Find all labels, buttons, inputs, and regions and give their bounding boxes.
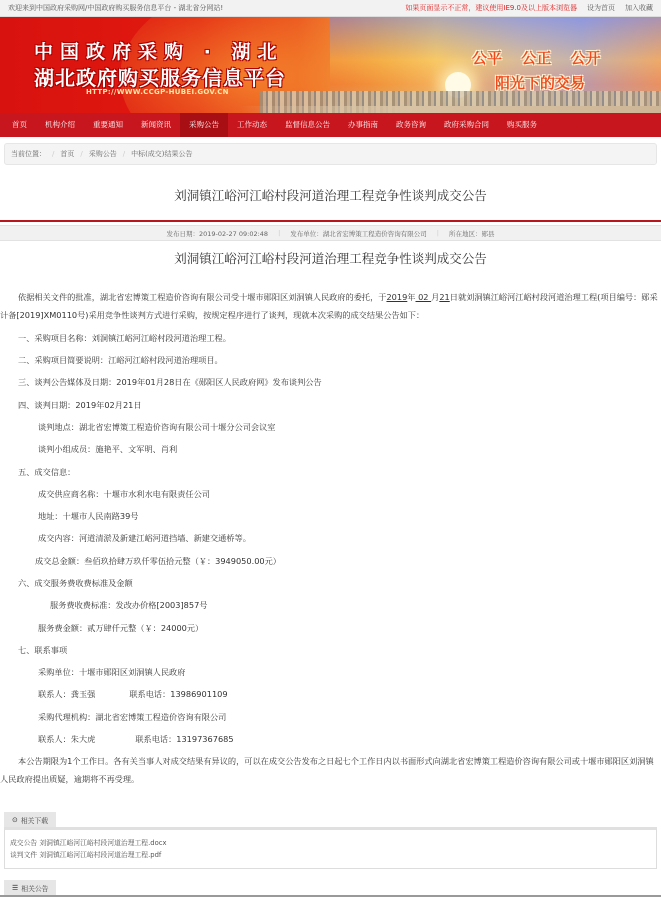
section-4: 四、谈判日期：2019年02月21日 [18,400,142,411]
add-favorite-link[interactable]: 加入收藏 [625,3,653,13]
downloads-tab[interactable]: ⊙ 相关下载 [4,812,56,828]
breadcrumb-label: 当前位置： [11,149,46,159]
related-notices-tab[interactable]: ☰ 相关公告 [4,880,56,896]
site-banner: 中国政府采购 · 湖北 湖北政府购买服务信息平台 HTTP://WWW.CCGP… [0,17,661,113]
intro-day: 21 [439,292,449,302]
intro-text: 依据相关文件的批准，湖北省宏博策工程造价咨询有限公司受十堰市郧阳区刘洞镇人民政府… [18,292,386,302]
buyer: 采购单位：十堰市郧阳区刘洞镇人民政府 [38,667,185,678]
buyer-contact-line: 联系人：龚玉强联系电话：13986901109 [38,689,228,700]
main-nav: 首页 机构介绍 重要通知 新闻资讯 采购公告 工作动态 监督信息公告 办事指南 … [0,113,661,137]
downloads-tab-label: 相关下载 [21,815,48,825]
site-url: HTTP://WWW.CCGP-HUBEI.GOV.CN [86,88,229,96]
fee-standard: 服务费收费标准：发改办价格[2003]857号 [50,600,207,611]
closing-paragraph: 本公告期限为1个工作日。各有关当事人对成交结果有异议的，可以在成交公告发布之日起… [0,752,661,788]
set-homepage-link[interactable]: 设为首页 [587,3,615,13]
page-title: 刘洞镇江峪河江峪村段河道治理工程竞争性谈判成交公告 [0,185,661,207]
nav-item-services[interactable]: 购买服务 [498,113,546,137]
agency: 采购代理机构：湖北省宏博策工程造价咨询有限公司 [38,712,226,723]
agency-contact: 联系人：朱大虎 [38,734,95,744]
slogan-line2: 阳光下的交易 [495,72,585,93]
nav-item-consult[interactable]: 政务咨询 [387,113,435,137]
downloads-panel: 成交公告 刘洞镇江峪河江峪村段河道治理工程.docx 谈判文件 刘洞镇江峪河江峪… [4,827,657,869]
meta-separator: | [278,229,280,237]
nav-item-supervision[interactable]: 监督信息公告 [276,113,339,137]
nav-item-contracts[interactable]: 政府采购合同 [435,113,498,137]
intro-paragraph: 依据相关文件的批准，湖北省宏博策工程造价咨询有限公司受十堰市郧阳区刘洞镇人民政府… [0,288,661,324]
bottom-divider [0,895,661,897]
buyer-contact: 联系人：龚玉强 [38,689,95,699]
nav-item-news[interactable]: 新闻资讯 [132,113,180,137]
article-title: 刘洞镇江峪河江峪村段河道治理工程竞争性谈判成交公告 [0,248,661,270]
section-5: 五、成交信息： [18,467,75,478]
negotiation-place: 谈判地点：湖北省宏博策工程造价咨询有限公司十堰分公司会议室 [38,422,275,433]
deal-content: 成交内容：河道清淤及新建江峪河道挡墙、新建交通桥等。 [38,533,251,544]
deal-amount: 成交总金额：叁佰玖拾肆万玖仟零伍拾元整（￥：3949050.00元） [35,556,281,567]
nav-item-about[interactable]: 机构介绍 [36,113,84,137]
region: 所在地区：郧县 [449,229,495,238]
section-7: 七、联系事项 [18,645,67,656]
intro-month: 02 [416,292,432,302]
nav-item-home[interactable]: 首页 [3,113,36,137]
supplier-address: 地址：十堰市人民南路39号 [38,511,138,522]
article-body: 依据相关文件的批准，湖北省宏博策工程造价咨询有限公司受十堰市郧阳区刘洞镇人民政府… [0,288,661,324]
browser-warning: 如果页面显示不正常，建议使用IE9.0及以上版本浏览器 [405,3,577,13]
nav-item-notices[interactable]: 重要通知 [84,113,132,137]
related-tab-label: 相关公告 [21,883,48,893]
section-3: 三、谈判公告媒体及日期：2019年01月28日在《郧阳区人民政府网》发布谈判公告 [18,377,322,388]
breadcrumb-separator: / [52,150,54,158]
publish-date: 发布日期：2019-02-27 09:02:48 [167,229,269,238]
meta-bar: 发布日期：2019-02-27 09:02:48 | 发布单位：湖北省宏博策工程… [0,225,661,241]
section-2: 二、采购项目简要说明：江峪河江峪村段河道治理项目。 [18,355,223,366]
agency-contact-line: 联系人：朱大虎联系电话：13197367685 [38,734,234,745]
breadcrumb-home[interactable]: 首页 [60,149,74,159]
download-file-docx[interactable]: 成交公告 刘洞镇江峪河江峪村段河道治理工程.docx [10,837,656,849]
intro-year: 2019 [386,292,407,302]
breadcrumb-procurement[interactable]: 采购公告 [89,149,117,159]
site-title-line1: 中国政府采购 · 湖北 [34,37,283,64]
negotiation-members: 谈判小组成员：施艳平、文军明、肖利 [38,444,177,455]
top-strip: 欢迎来到中国政府采购网/中国政府购买服务信息平台 - 湖北省分网站! 如果页面显… [0,0,661,17]
download-file-pdf[interactable]: 谈判文件 刘洞镇江峪河江峪村段河道治理工程.pdf [10,849,656,861]
welcome-text: 欢迎来到中国政府采购网/中国政府购买服务信息平台 - 湖北省分网站! [8,3,223,13]
download-circle-icon: ⊙ [12,816,18,824]
title-divider [0,220,661,222]
river [240,106,661,113]
slogan-line1: 公平 公正 公开 [472,47,600,68]
meta-separator: | [437,229,439,237]
supplier-name: 成交供应商名称：十堰市水利水电有限责任公司 [38,489,210,500]
breadcrumb: 当前位置： / 首页 / 采购公告 / 中标(成交)结果公告 [4,143,657,165]
nav-item-procurement[interactable]: 采购公告 [180,113,228,137]
buyer-phone: 联系电话：13986901109 [129,689,227,699]
breadcrumb-separator: / [123,150,125,158]
section-1: 一、采购项目名称：刘洞镇江峪河江峪村段河道治理工程。 [18,333,231,344]
list-icon: ☰ [12,884,18,892]
nav-item-guide[interactable]: 办事指南 [339,113,387,137]
intro-year-unit: 年 [407,292,415,302]
nav-item-work[interactable]: 工作动态 [228,113,276,137]
breadcrumb-separator: / [80,150,82,158]
agency-phone: 联系电话：13197367685 [135,734,233,744]
breadcrumb-result[interactable]: 中标(成交)结果公告 [131,149,192,159]
section-6: 六、成交服务费收费标准及金额 [18,578,133,589]
publisher: 发布单位：湖北省宏博策工程造价咨询有限公司 [290,229,427,238]
site-title-line2: 湖北政府购买服务信息平台 [34,62,286,91]
fee-amount: 服务费金额：贰万肆仟元整（￥：24000元） [38,623,203,634]
